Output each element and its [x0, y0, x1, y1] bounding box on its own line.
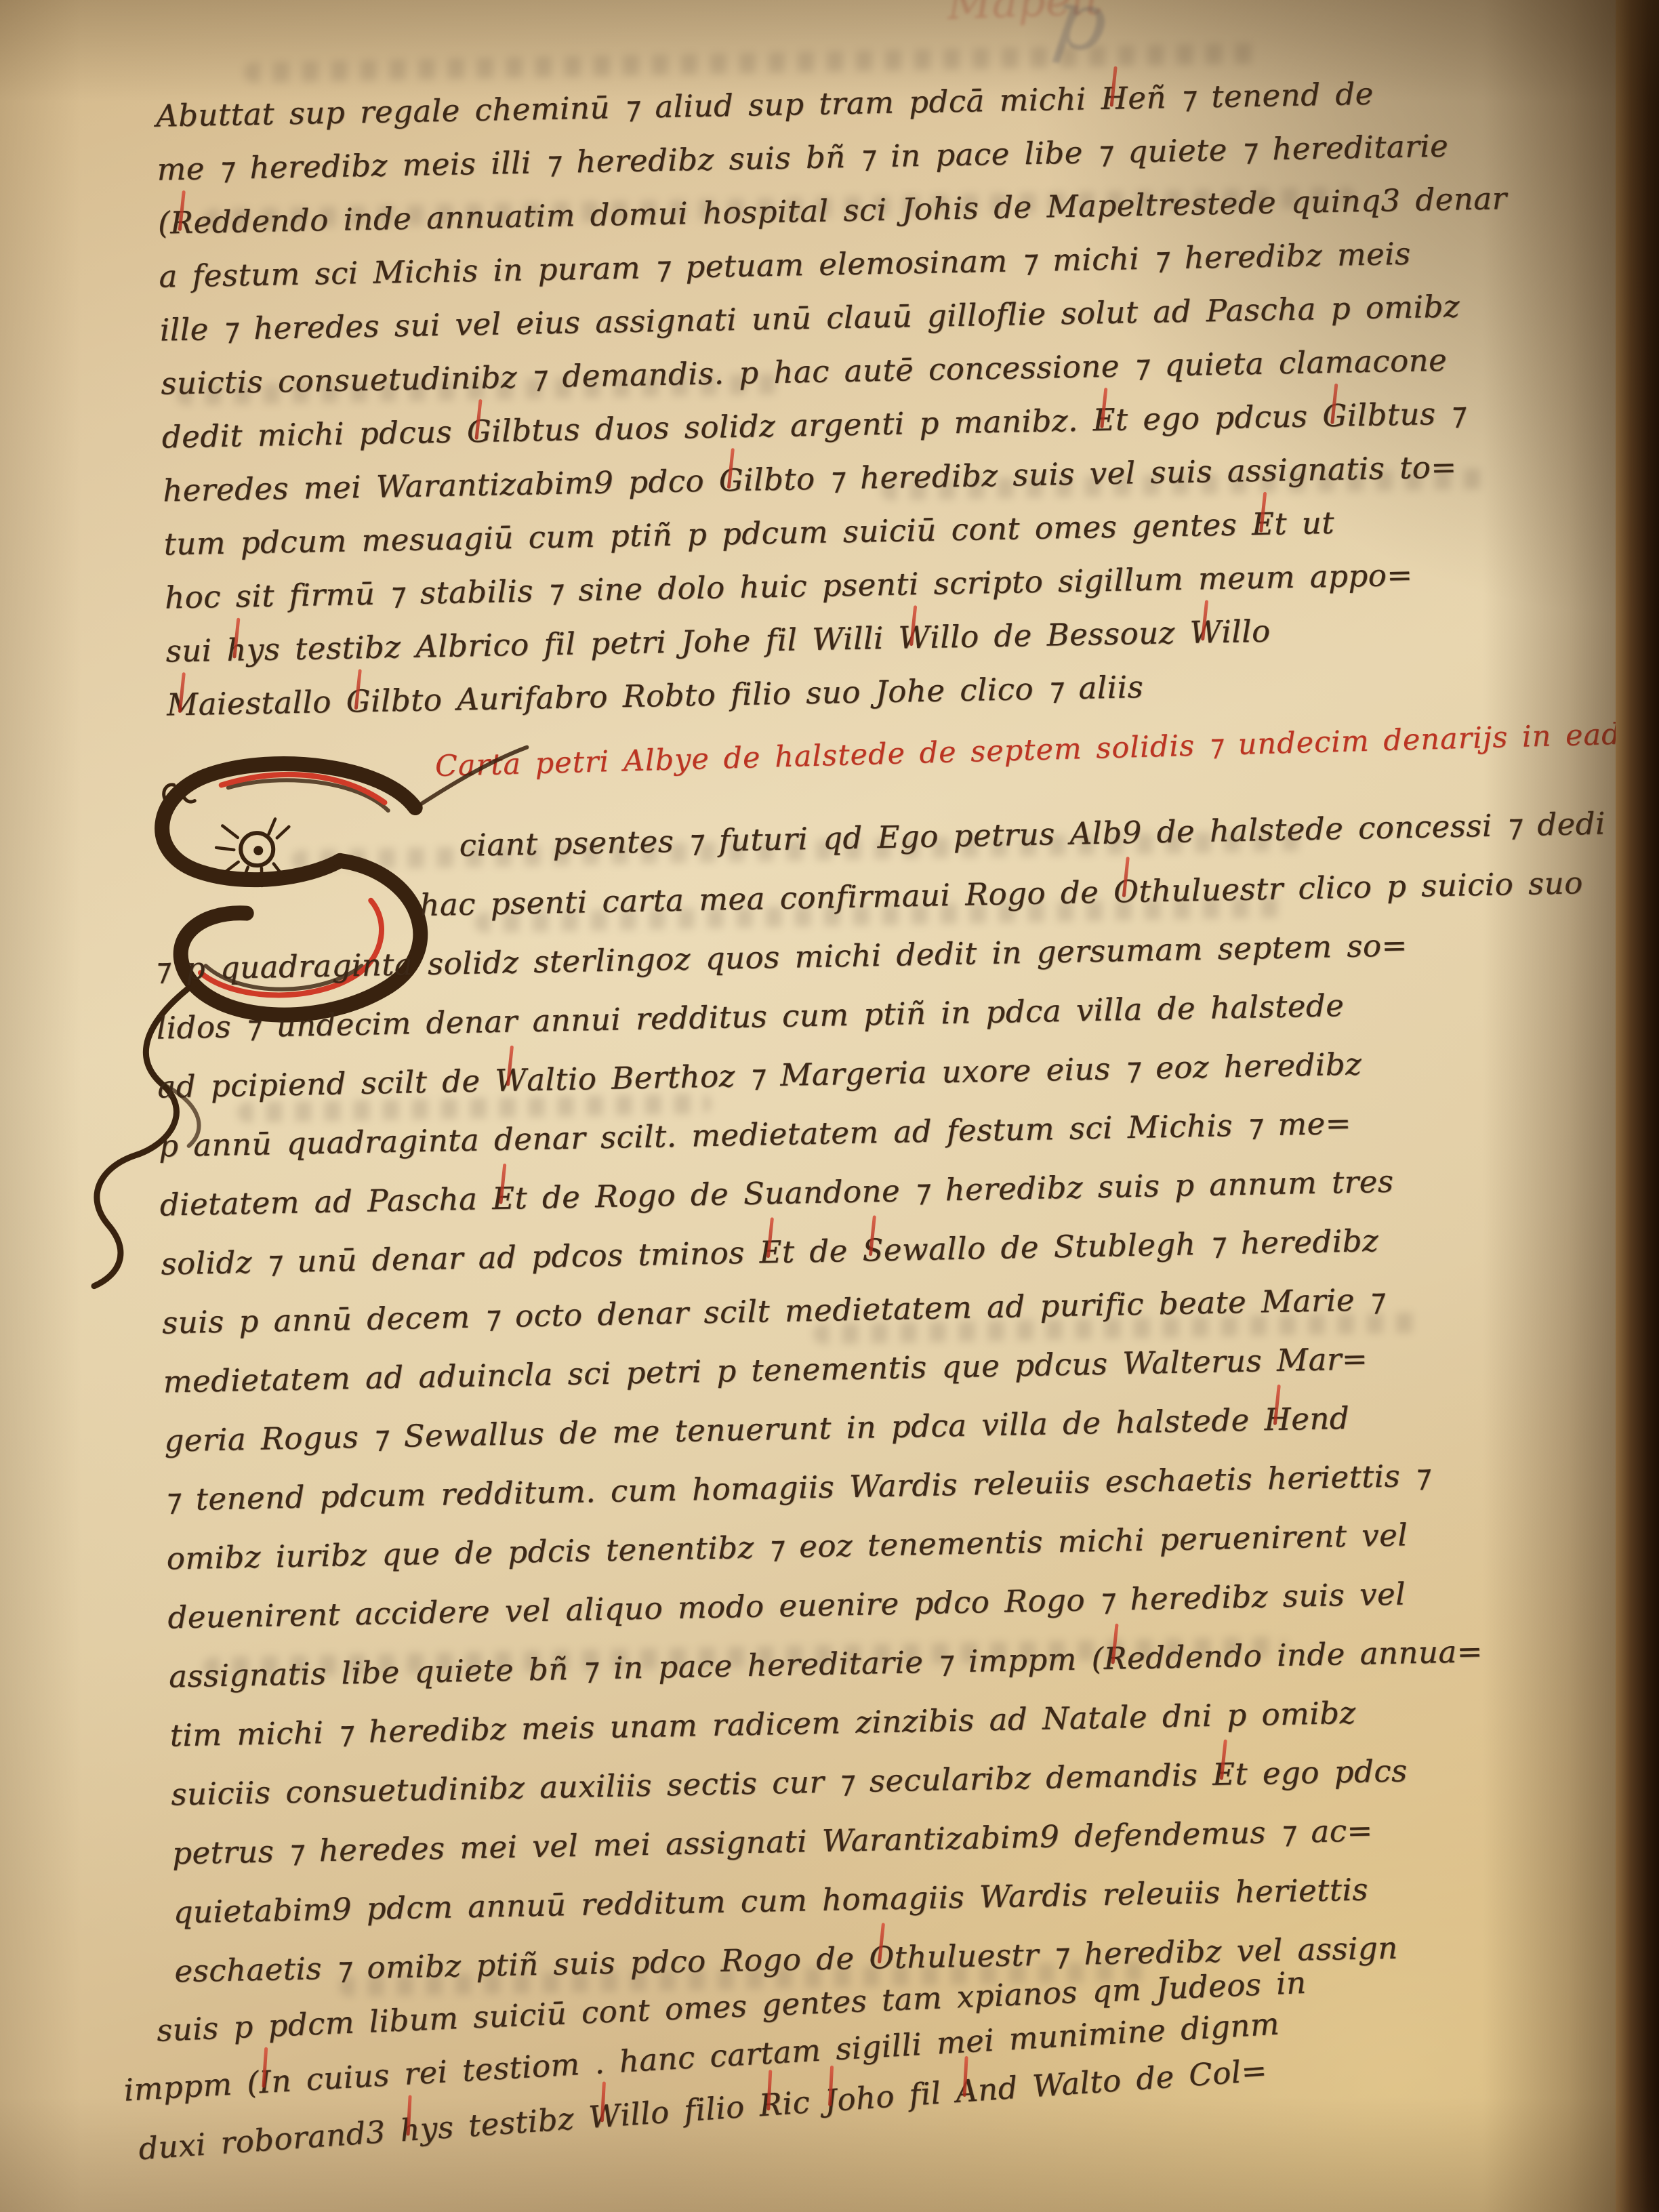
red-touched-capital: S: [862, 1221, 884, 1280]
book-page-edge: [1616, 0, 1659, 2212]
red-touched-capital: E: [1212, 1744, 1235, 1804]
red-touched-capital: J: [823, 2070, 840, 2130]
red-touched-capital: M: [166, 678, 199, 732]
red-touched-capital: W: [1189, 605, 1222, 659]
red-touched-capital: R: [1103, 1629, 1128, 1688]
manuscript-page: Mapelt p Abuttat sup regale cheminū ⁊ al…: [0, 0, 1659, 2212]
red-touched-capital: G: [346, 674, 371, 729]
red-touched-capital: E: [759, 1223, 783, 1282]
bleedthrough-mark: p: [1048, 0, 1113, 72]
red-touched-capital: E: [1092, 393, 1116, 447]
red-touched-capital: H: [1101, 71, 1128, 125]
red-touched-capital: H: [1264, 1390, 1292, 1450]
red-touched-capital: I: [258, 2052, 273, 2112]
red-touched-capital: h: [398, 2100, 422, 2160]
red-touched-capital: G: [718, 453, 744, 508]
red-touched-capital: W: [587, 2086, 623, 2147]
rubric-title: Carta petri Albye de halstede de septem …: [434, 717, 1650, 783]
manuscript-photo: { "page": { "kind": "medieval cartulary …: [0, 0, 1659, 2212]
red-touched-capital: E: [491, 1168, 515, 1228]
red-touched-capital: R: [169, 196, 194, 250]
red-touched-capital: O: [1113, 862, 1139, 922]
charter-body-block: ciant psentes ⁊ futuri qd Ego petrus Alb…: [152, 794, 1622, 2178]
red-touched-capital: A: [954, 2061, 980, 2121]
red-touched-capital: W: [495, 1050, 527, 1110]
red-touched-capital: W: [898, 611, 930, 665]
red-touched-capital: G: [466, 405, 492, 459]
charter-ending-block: Abuttat sup regale cheminū ⁊ aliud sup t…: [155, 63, 1610, 732]
page-curve-shadow: [1483, 0, 1625, 2212]
red-touched-capital: R: [757, 2074, 784, 2135]
red-touched-capital: E: [1251, 497, 1275, 551]
red-touched-capital: h: [226, 623, 247, 677]
red-touched-capital: G: [1322, 388, 1348, 443]
